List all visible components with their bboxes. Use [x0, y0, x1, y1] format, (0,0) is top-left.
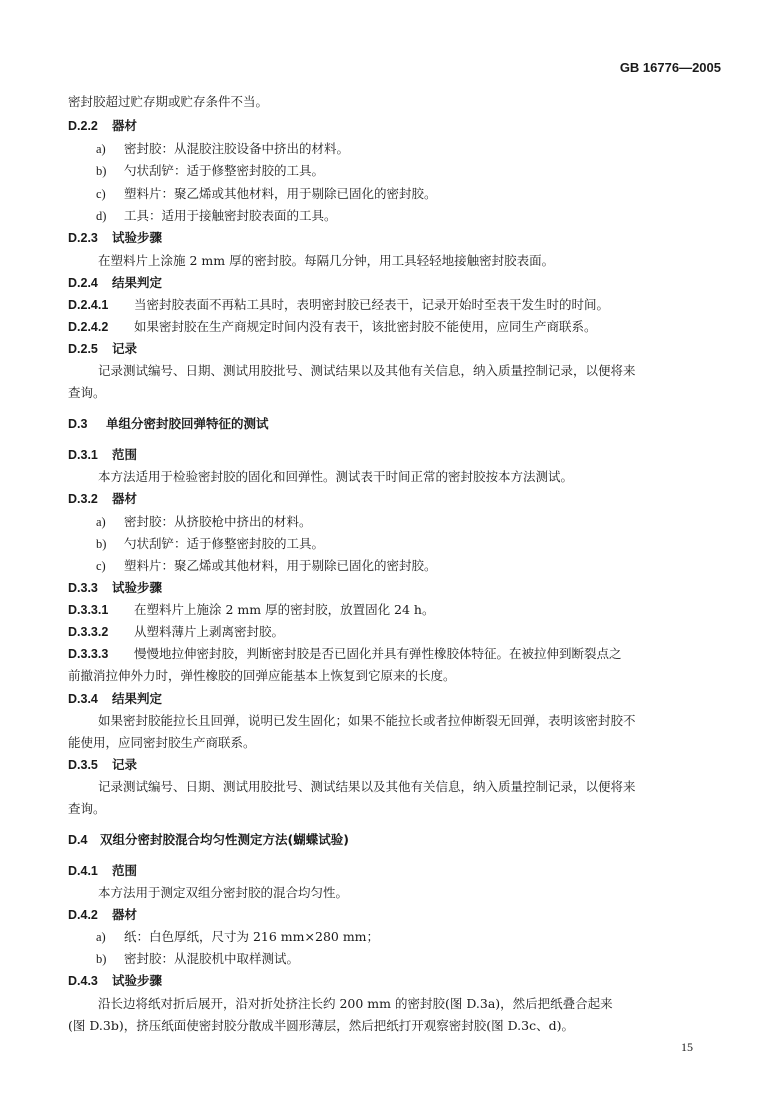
section-heading-d4: D.4双组分密封胶混合均匀性测定方法(蝴蝶试验): [68, 832, 349, 848]
paragraph: 本方法用于测定双组分密封胶的混合均匀性。: [98, 885, 348, 901]
section-number: D.2.2: [68, 118, 112, 134]
paragraph-cont: 查询。: [68, 801, 106, 817]
paragraph-cont: 查询。: [68, 385, 106, 401]
clause-d241: D.2.4.1当密封胶表面不再粘工具时，表明密封胶已经表干，记录开始时至表干发生…: [68, 297, 609, 313]
page-number: 15: [681, 1040, 693, 1055]
list-item: a)密封胶：从挤胶枪中挤出的材料。: [96, 514, 312, 530]
clause-d331: D.3.3.1在塑料片上施涂 2 mm 厚的密封胶，放置固化 24 h。: [68, 602, 434, 618]
section-heading-d32: D.3.2器材: [68, 491, 137, 507]
list-item: c)塑料片：聚乙烯或其他材料，用于剔除已固化的密封胶。: [96, 186, 437, 202]
standard-code: GB 16776—2005: [620, 60, 721, 75]
paragraph: 如果密封胶能拉长且回弹，说明已发生固化；如果不能拉长或者拉伸断裂无回弹，表明该密…: [98, 713, 636, 729]
section-heading-d24: D.2.4结果判定: [68, 275, 162, 291]
paragraph: 记录测试编号、日期、测试用胶批号、测试结果以及其他有关信息，纳入质量控制记录，以…: [98, 363, 636, 379]
section-heading-d35: D.3.5记录: [68, 757, 137, 773]
paragraph-cont: 前撤消拉伸外力时，弹性橡胶的回弹应能基本上恢复到它原来的长度。: [68, 668, 456, 684]
list-item: c)塑料片：聚乙烯或其他材料，用于剔除已固化的密封胶。: [96, 558, 437, 574]
paragraph: 密封胶超过贮存期或贮存条件不当。: [68, 94, 268, 110]
clause-d242: D.2.4.2如果密封胶在生产商规定时间内没有表干，该批密封胶不能使用，应同生产…: [68, 319, 597, 335]
list-item: b)密封胶：从混胶机中取样测试。: [96, 951, 299, 967]
section-heading-d22: D.2.2器材: [68, 118, 137, 134]
section-heading-d41: D.4.1范围: [68, 863, 137, 879]
list-item: a)纸：白色厚纸，尺寸为 216 mm×280 mm；: [96, 929, 379, 945]
section-heading-d43: D.4.3试验步骤: [68, 973, 162, 989]
section-heading-d23: D.2.3试验步骤: [68, 230, 162, 246]
document-page: GB 16776—2005 密封胶超过贮存期或贮存条件不当。 D.2.2器材 a…: [0, 0, 769, 1113]
section-heading-d34: D.3.4结果判定: [68, 691, 162, 707]
section-heading-d31: D.3.1范围: [68, 447, 137, 463]
section-heading-d25: D.2.5记录: [68, 341, 137, 357]
paragraph-cont: (图 D.3b)，挤压纸面使密封胶分散成半圆形薄层，然后把纸打开观察密封胶(图 …: [68, 1018, 574, 1034]
list-item: b)勺状刮铲：适于修整密封胶的工具。: [96, 163, 324, 179]
list-item: b)勺状刮铲：适于修整密封胶的工具。: [96, 536, 324, 552]
clause-d333: D.3.3.3慢慢地拉伸密封胶，判断密封胶是否已固化并具有弹性橡胶体特征。在被拉…: [68, 646, 622, 662]
paragraph-cont: 能使用，应同密封胶生产商联系。: [68, 735, 256, 751]
paragraph: 记录测试编号、日期、测试用胶批号、测试结果以及其他有关信息，纳入质量控制记录，以…: [98, 779, 636, 795]
clause-d332: D.3.3.2从塑料薄片上剥离密封胶。: [68, 624, 284, 640]
section-heading-d33: D.3.3试验步骤: [68, 580, 162, 596]
list-item: d)工具：适用于接触密封胶表面的工具。: [96, 208, 337, 224]
list-item: a)密封胶：从混胶注胶设备中挤出的材料。: [96, 141, 349, 157]
section-heading-d3: D.3单组分密封胶回弹特征的测试: [68, 416, 269, 432]
paragraph: 本方法适用于检验密封胶的固化和回弹性。测试表干时间正常的密封胶按本方法测试。: [98, 469, 573, 485]
section-heading-d42: D.4.2器材: [68, 907, 137, 923]
paragraph: 在塑料片上涂施 2 mm 厚的密封胶。每隔几分钟，用工具轻轻地接触密封胶表面。: [98, 253, 554, 269]
paragraph: 沿长边将纸对折后展开，沿对折处挤注长约 200 mm 的密封胶(图 D.3a)，…: [98, 996, 613, 1012]
section-title: 器材: [112, 118, 137, 133]
